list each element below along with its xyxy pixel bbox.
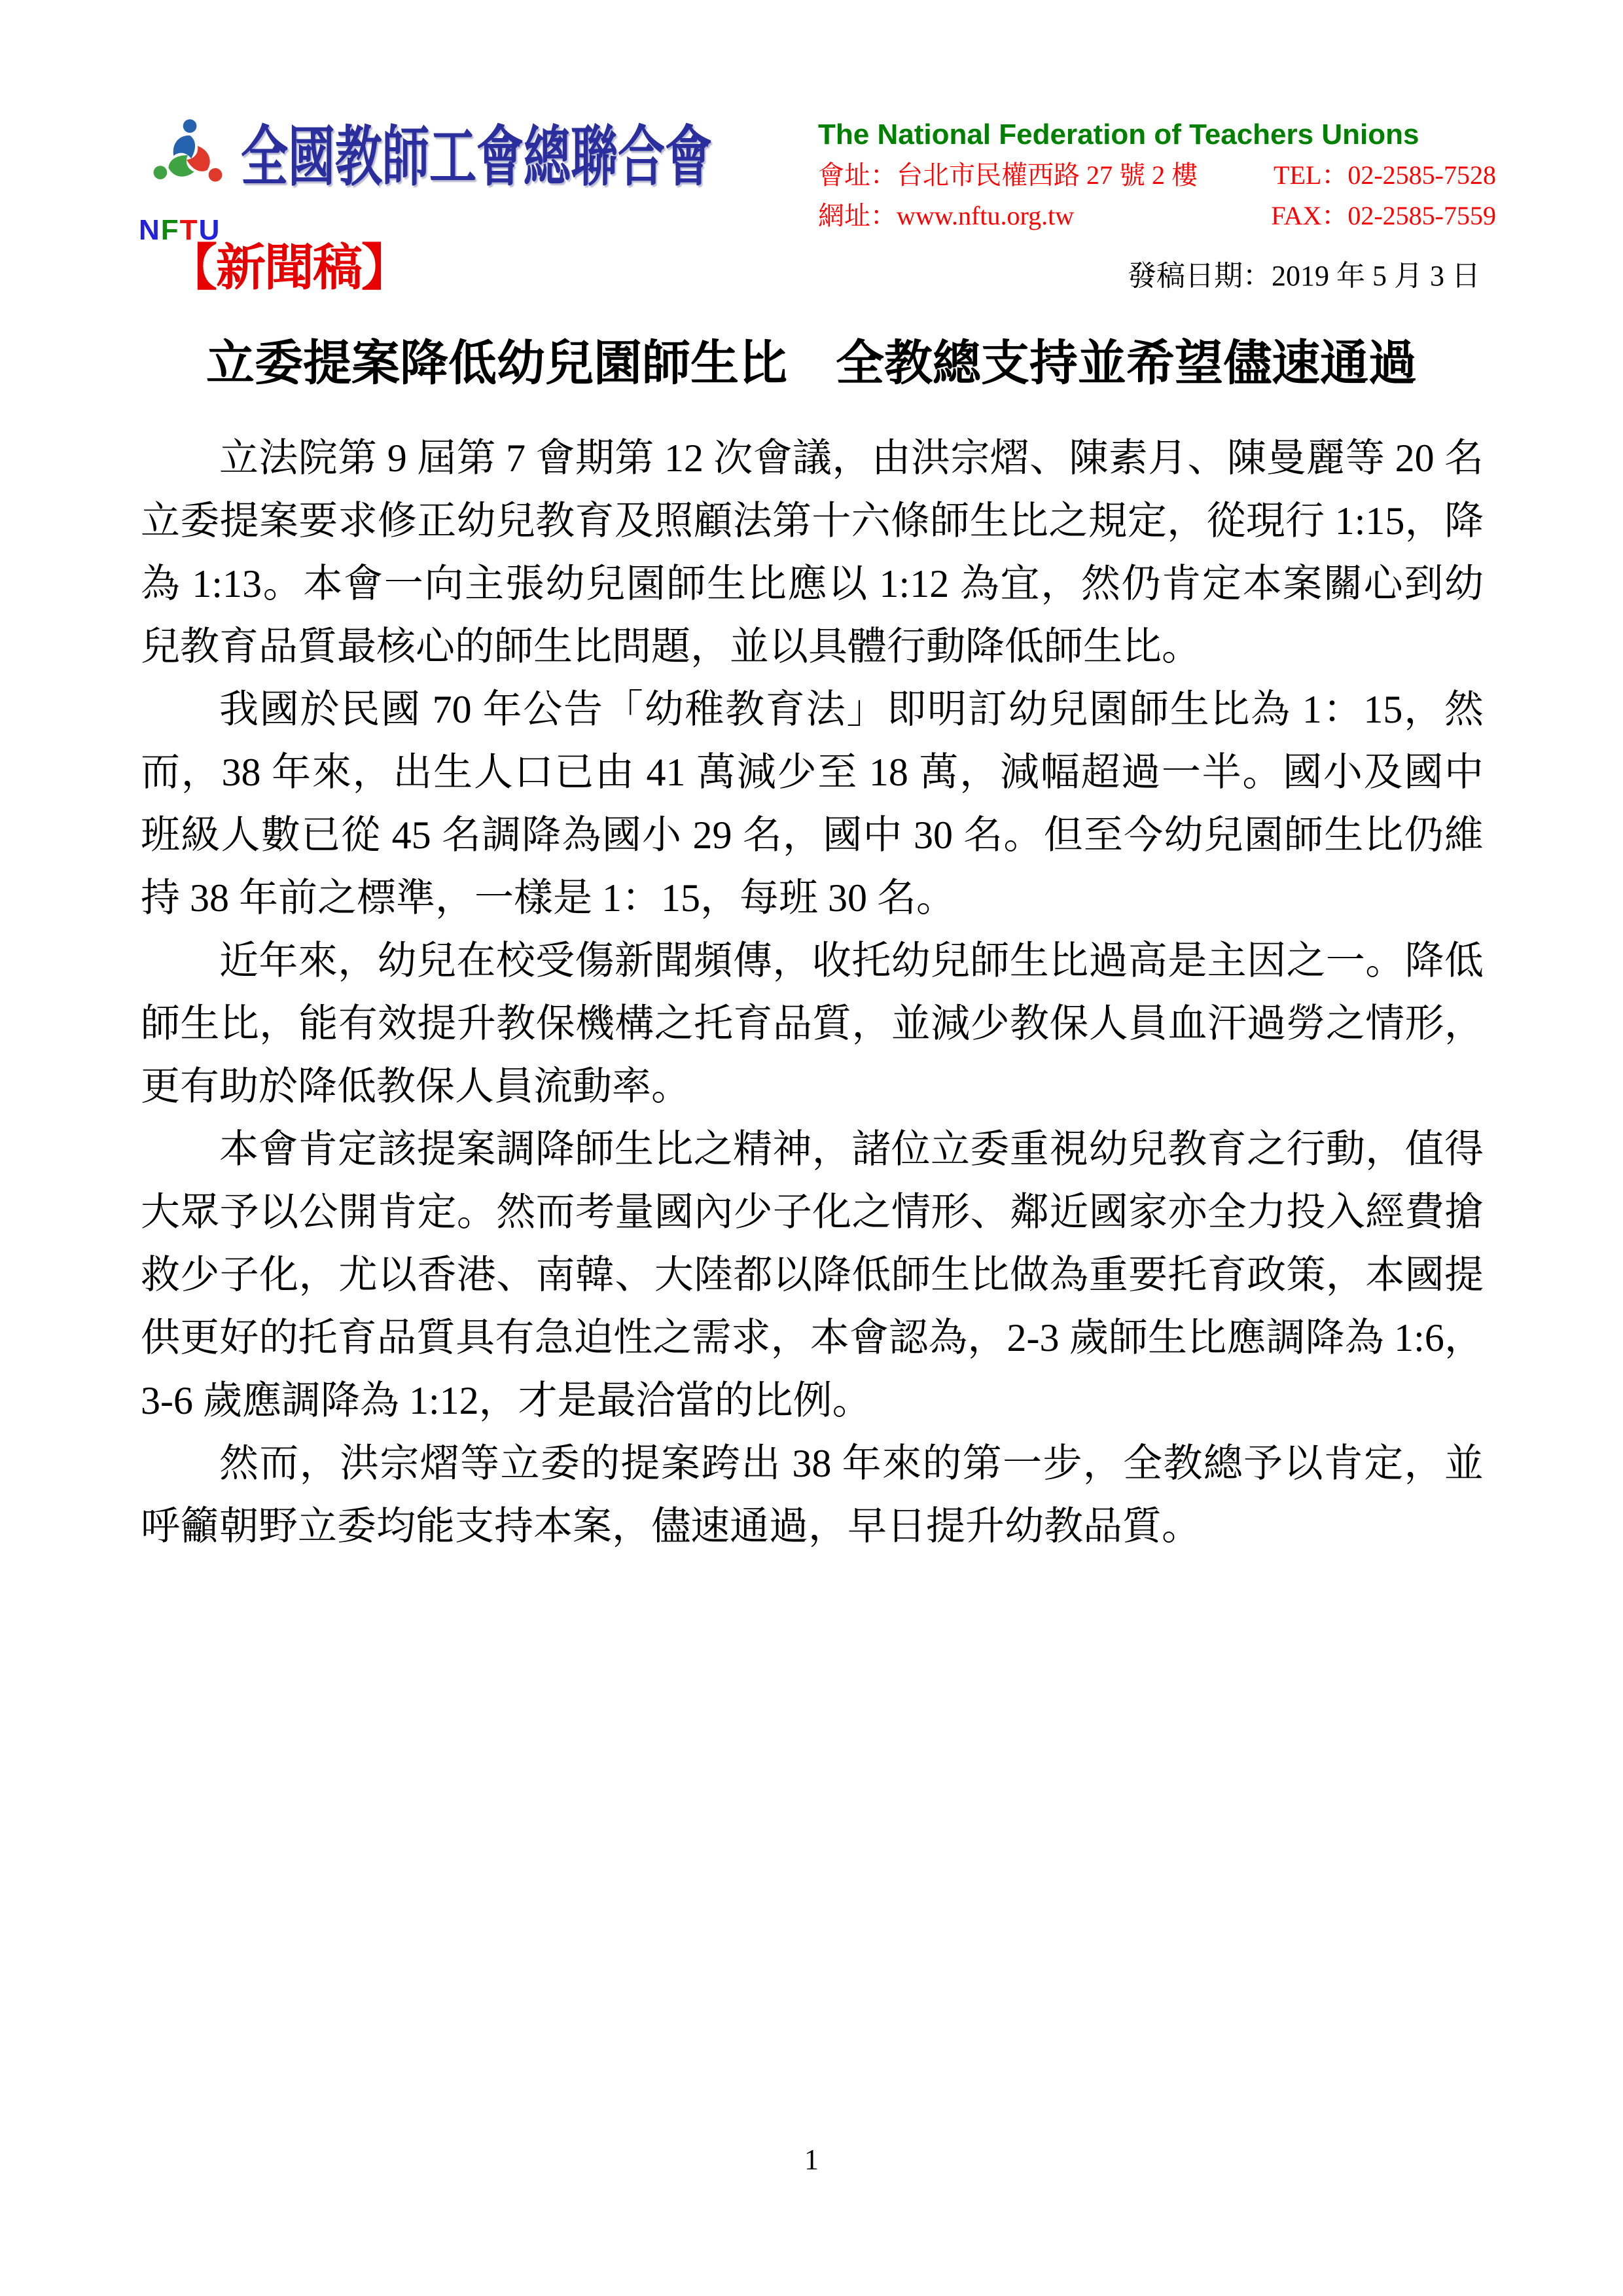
paragraph: 本會肯定該提案調降師生比之精神，諸位立委重視幼兒教育之行動，值得大眾予以公開肯定… bbox=[141, 1118, 1484, 1432]
paragraph: 立法院第 9 屆第 7 會期第 12 次會議，由洪宗熠、陳素月、陳曼麗等 20 … bbox=[141, 427, 1484, 678]
paragraph: 然而，洪宗熠等立委的提案跨出 38 年來的第一步，全教總予以肯定，並呼籲朝野立委… bbox=[141, 1432, 1484, 1558]
release-date: 發稿日期：2019 年 5 月 3 日 bbox=[1128, 262, 1480, 291]
document-page: NFTU 全國教師工會總聯合會 The National Federation … bbox=[0, 0, 1623, 2296]
acronym-letter: N bbox=[139, 214, 161, 246]
paragraph: 近年來，幼兒在校受傷新聞頻傳，收托幼兒師生比過高是主因之一。降低師生比，能有效提… bbox=[141, 929, 1484, 1118]
contact-block: The National Federation of Teachers Unio… bbox=[818, 120, 1496, 229]
body-text: 立法院第 9 屆第 7 會期第 12 次會議，由洪宗熠、陳素月、陳曼麗等 20 … bbox=[141, 427, 1484, 1558]
org-name-en: The National Federation of Teachers Unio… bbox=[818, 120, 1496, 149]
org-name-zh: 全國教師工會總聯合會 bbox=[241, 122, 712, 194]
paragraph: 我國於民國 70 年公告「幼稚教育法」即明訂幼兒園師生比為 1：15，然而，38… bbox=[141, 678, 1484, 929]
page-number: 1 bbox=[0, 2145, 1623, 2174]
fax-text: FAX：02-2585-7559 bbox=[1271, 203, 1496, 229]
tel-text: TEL：02-2585-7528 bbox=[1274, 162, 1496, 188]
website-text: 網址：www.nftu.org.tw bbox=[818, 203, 1074, 229]
press-release-tag: 【新聞稿】 bbox=[168, 243, 410, 293]
document-title: 立委提案降低幼兒園師生比 全教總支持並希望儘速通過 bbox=[141, 338, 1482, 391]
nftu-logo-icon bbox=[145, 115, 232, 196]
address-text: 會址：台北市民權西路 27 號 2 樓 bbox=[818, 162, 1198, 188]
